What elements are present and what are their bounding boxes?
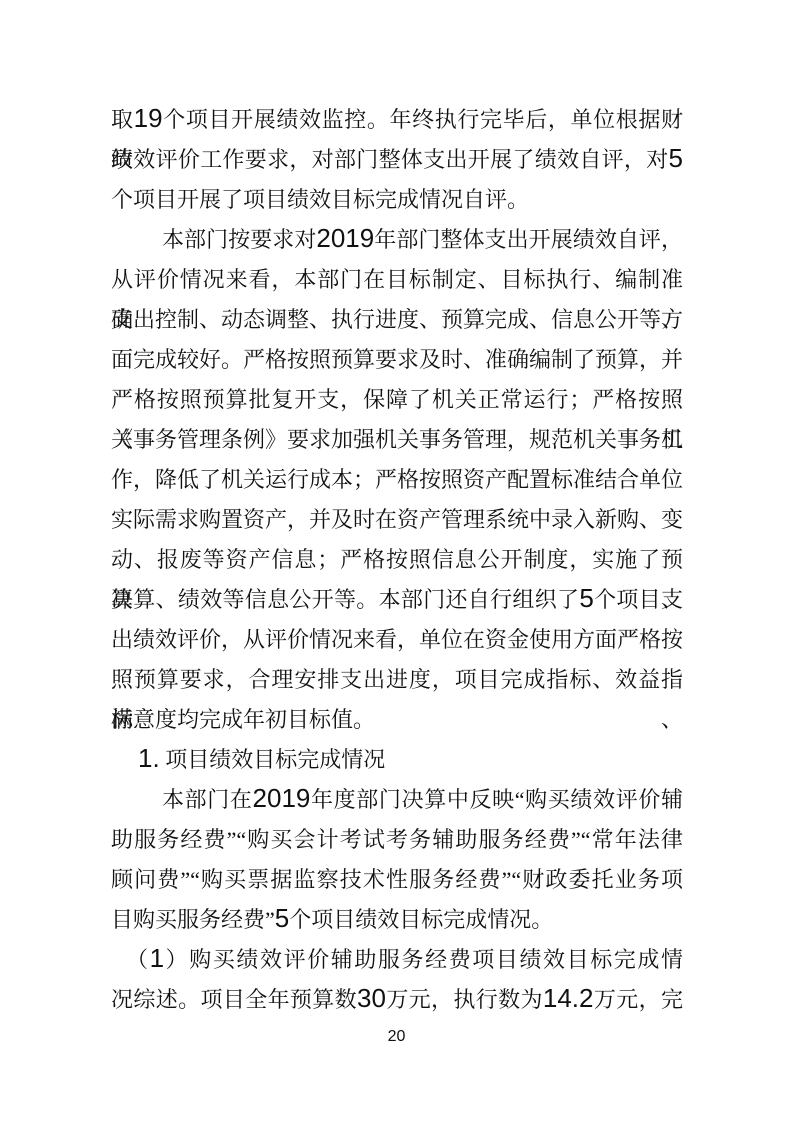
text-line: 从评价情况来看，本部门在目标制定、目标执行、编制准确、 [111, 260, 683, 300]
numeral: 1. [138, 743, 160, 773]
text-line: 目购买服务经费”5个项目绩效目标完成情况。 [111, 900, 683, 940]
paragraph-3: 1. 项目绩效目标完成情况 [111, 740, 683, 780]
text-line: 助服务经费”“购买会计考试考务辅助服务经费”“常年法律 [111, 820, 683, 860]
text-line: 本部门在2019年度部门决算中反映“购买绩效评价辅 [111, 780, 683, 820]
text-line: 照预算要求，合理安排支出进度，项目完成指标、效益指标、 [111, 660, 683, 700]
text-line: 个项目开展了项目绩效目标完成情况自评。 [111, 180, 683, 220]
text-line: 实际需求购置资产，并及时在资产管理系统中录入新购、变 [111, 500, 683, 540]
page-number: 20 [388, 1028, 406, 1045]
text-line: 作，降低了机关运行成本；严格按照资产配置标准结合单位 [111, 460, 683, 500]
paragraph-2: 本部门按要求对2019年部门整体支出开展绩效自评，从评价情况来看，本部门在目标制… [111, 220, 683, 740]
numeral: 1 [150, 943, 164, 973]
text-line: 况综述。项目全年预算数30万元，执行数为14.2万元，完 [111, 980, 683, 1020]
paragraph-5: （1）购买绩效评价辅助服务经费项目绩效目标完成情况综述。项目全年预算数30万元，… [111, 940, 683, 1020]
paragraph-1: 取19个项目开展绩效监控。年终执行完毕后，单位根据财政绩效评价工作要求，对部门整… [111, 100, 683, 220]
numeral: 14.2 [543, 983, 594, 1013]
numeral: 30 [357, 983, 386, 1013]
numeral: 5 [579, 583, 593, 613]
numeral: 5 [275, 903, 289, 933]
text-line: 动、报废等资产信息；严格按照信息公开制度，实施了预算、 [111, 540, 683, 580]
numeral: 19 [134, 103, 163, 133]
text-line: 1. 项目绩效目标完成情况 [111, 740, 683, 780]
text-line: 支出控制、动态调整、执行进度、预算完成、信息公开等方 [111, 300, 683, 340]
document-body: 取19个项目开展绩效监控。年终执行完毕后，单位根据财政绩效评价工作要求，对部门整… [111, 100, 683, 1020]
text-line: 严格按照预算批复开支，保障了机关正常运行；严格按照《机 [111, 380, 683, 420]
paragraph-4: 本部门在2019年度部门决算中反映“购买绩效评价辅助服务经费”“购买会计考试考务… [111, 780, 683, 940]
text-line: 出绩效评价，从评价情况来看，单位在资金使用方面严格按 [111, 620, 683, 660]
text-line: 关事务管理条例》要求加强机关事务管理，规范机关事务工 [111, 420, 683, 460]
document-page: 取19个项目开展绩效监控。年终执行完毕后，单位根据财政绩效评价工作要求，对部门整… [0, 0, 793, 1122]
text-line: 决算、绩效等信息公开等。本部门还自行组织了5个项目支 [111, 580, 683, 620]
text-line: （1）购买绩效评价辅助服务经费项目绩效目标完成情 [111, 940, 683, 980]
text-line: 面完成较好。严格按照预算要求及时、准确编制了预算，并 [111, 340, 683, 380]
text-line: 取19个项目开展绩效监控。年终执行完毕后，单位根据财政 [111, 100, 683, 140]
numeral: 2019 [316, 223, 374, 253]
text-line: 本部门按要求对2019年部门整体支出开展绩效自评， [111, 220, 683, 260]
text-line: 顾问费”“购买票据监察技术性服务经费”“财政委托业务项 [111, 860, 683, 900]
page-footer: 20 [0, 1028, 793, 1046]
numeral: 5 [669, 143, 683, 173]
numeral: 2019 [253, 783, 311, 813]
text-line: 绩效评价工作要求，对部门整体支出开展了绩效自评，对5 [111, 140, 683, 180]
